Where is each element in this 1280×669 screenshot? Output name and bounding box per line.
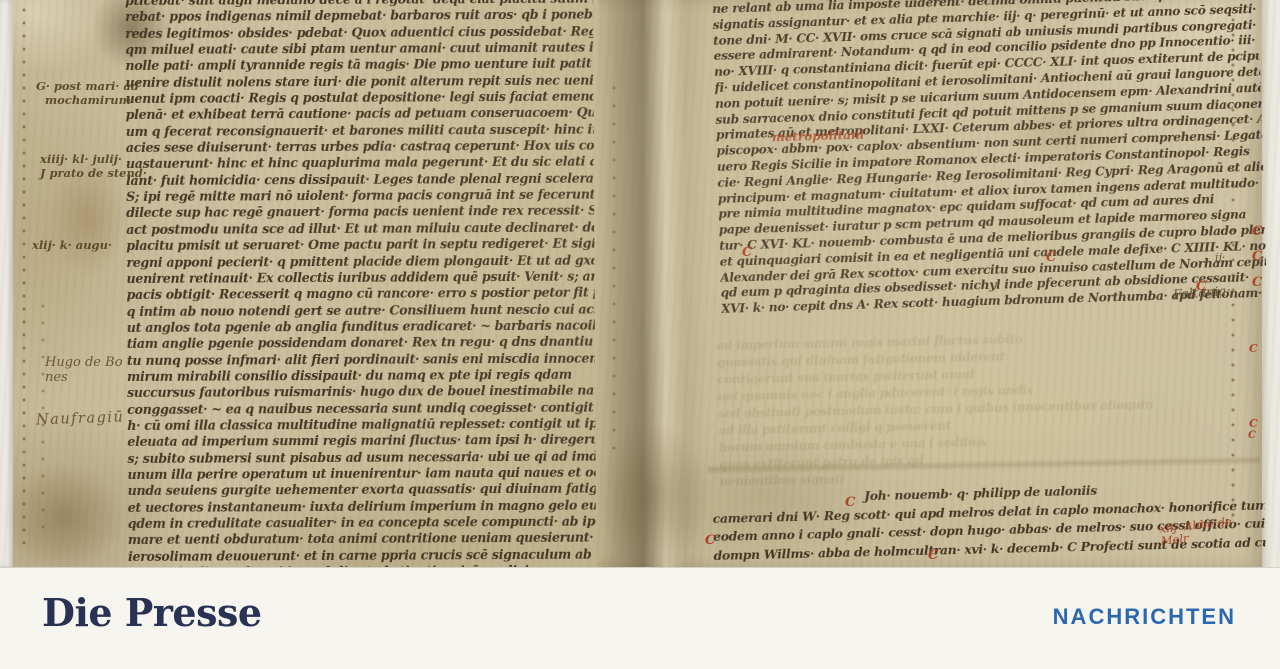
rubric-word-metropolitani: metropolitani <box>772 129 865 145</box>
rubric-edge-mark: C <box>1249 342 1258 355</box>
right-page-text: ne relant ab uma lia imposte uiderent· d… <box>712 0 1267 324</box>
rubric-edge-mark: C <box>1252 224 1262 239</box>
right-page-showthrough-text: ad imperium summi regis marini fluctus s… <box>716 326 1254 487</box>
margin-note-left-2: xiiij· kl· julij· J prato de stend· <box>40 153 147 180</box>
margin-note-hugo-de-bones: Hugo de Bo nes <box>45 355 123 385</box>
brand-bar: Die Presse NACHRICHTEN <box>0 567 1280 669</box>
margin-note-ij: ij· <box>1215 251 1225 265</box>
rubric-edge-mark: C <box>1249 417 1258 430</box>
rubric-pilcrow: C <box>1196 279 1206 294</box>
rubric-pilcrow: C <box>742 245 752 260</box>
margin-note-left-3: xlij· k· augu· <box>32 239 112 253</box>
die-presse-logo: Die Presse <box>42 590 262 635</box>
left-page-text: pticebat· suit augli mediano dece ā i re… <box>125 0 596 567</box>
manuscript-photo: pticebat· suit augli mediano dece ā i re… <box>0 0 1280 567</box>
rubric-edge-mark: C <box>1248 430 1256 441</box>
scan-edge-left <box>0 0 13 567</box>
rubric-pilcrow: C <box>1046 250 1056 265</box>
rubric-pilcrow: C <box>928 548 938 563</box>
rubric-pilcrow: C <box>705 533 715 548</box>
margin-note-naufragium: Naufragiū <box>36 411 125 428</box>
section-label: NACHRICHTEN <box>1053 604 1236 630</box>
article-teaser-image: pticebat· suit augli mediano dece ā i re… <box>0 0 1280 669</box>
margin-note-left-1: G· post mari· ad mochamirum· <box>36 80 139 107</box>
rubric-pilcrow: C <box>845 495 855 510</box>
rubric-edge-mark: C <box>1252 275 1262 290</box>
rubric-edge-mark: C <box>1252 249 1262 264</box>
